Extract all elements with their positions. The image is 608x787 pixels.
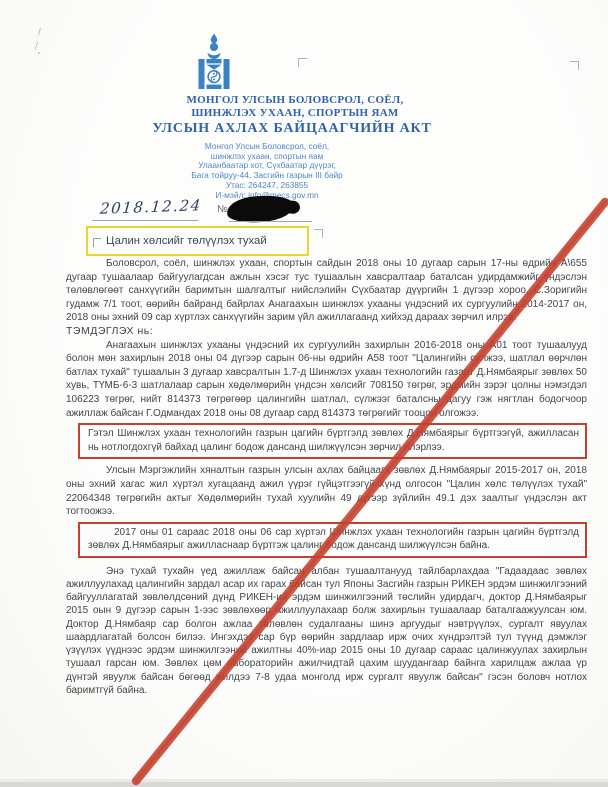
corner-bracket-icon (93, 238, 101, 247)
crop-mark-icon (314, 229, 323, 238)
ministry-name-line2: ШИНЖЛЭХ УХААН, СПОРТЫН ЯАМ (145, 107, 445, 120)
act-title: УЛСЫН АХЛАХ БАЙЦААГЧИЙН АКТ (112, 121, 472, 137)
handwritten-date: 2018.12.24 (99, 196, 202, 218)
pencil-mark (33, 26, 41, 35)
crop-mark-icon (570, 61, 579, 70)
scan-edge (0, 782, 608, 787)
number-label: № (217, 204, 228, 215)
pencil-mark (38, 52, 40, 54)
document-body: Боловсрол, соёл, шинжлэх ухаан, спортын … (66, 257, 587, 697)
ministry-name: МОНГОЛ УЛСЫН БОЛОВСРОЛ, СОЁЛ, ШИНЖЛЭХ УХ… (145, 94, 445, 120)
finding-paragraph-1: Анагаахын шинжлэх ухааны үндэсний их сур… (66, 339, 587, 421)
finding-paragraph-2: Улсын Мэргэжлийн хяналтын газрын улсын а… (66, 464, 587, 518)
violation-box-1: Гэтэл Шинжлэх ухаан технологийн газрын ц… (78, 423, 587, 459)
soyombo-emblem (194, 33, 234, 89)
note-heading: ТЭМДЭГЛЭХ нь: (66, 325, 587, 339)
date-underline (92, 220, 198, 221)
explanation-paragraph: Энэ тухай тухайн үед ажиллаж байсан алба… (66, 565, 587, 697)
violation-box-2: 2017 оны 01 сараас 2018 оны 06 сар хүртэ… (78, 522, 587, 558)
scanned-document-page: МОНГОЛ УЛСЫН БОЛОВСРОЛ, СОЁЛ, ШИНЖЛЭХ УХ… (0, 0, 608, 787)
pencil-mark (35, 41, 39, 50)
subject-highlight-box: Цалин хөлсийг төлүүлэх тухай (86, 226, 309, 256)
address-block: Монгол Улсын Боловсрол, соёл, шинжлэх ух… (142, 142, 392, 200)
ministry-name-line1: МОНГОЛ УЛСЫН БОЛОВСРОЛ, СОЁЛ, (145, 94, 445, 107)
subject-text: Цалин хөлсийг төлүүлэх тухай (106, 235, 267, 247)
intro-paragraph: Боловсрол, соёл, шинжлэх ухаан, спортын … (66, 257, 587, 325)
number-underline (229, 221, 312, 222)
crop-mark-icon (298, 58, 307, 67)
